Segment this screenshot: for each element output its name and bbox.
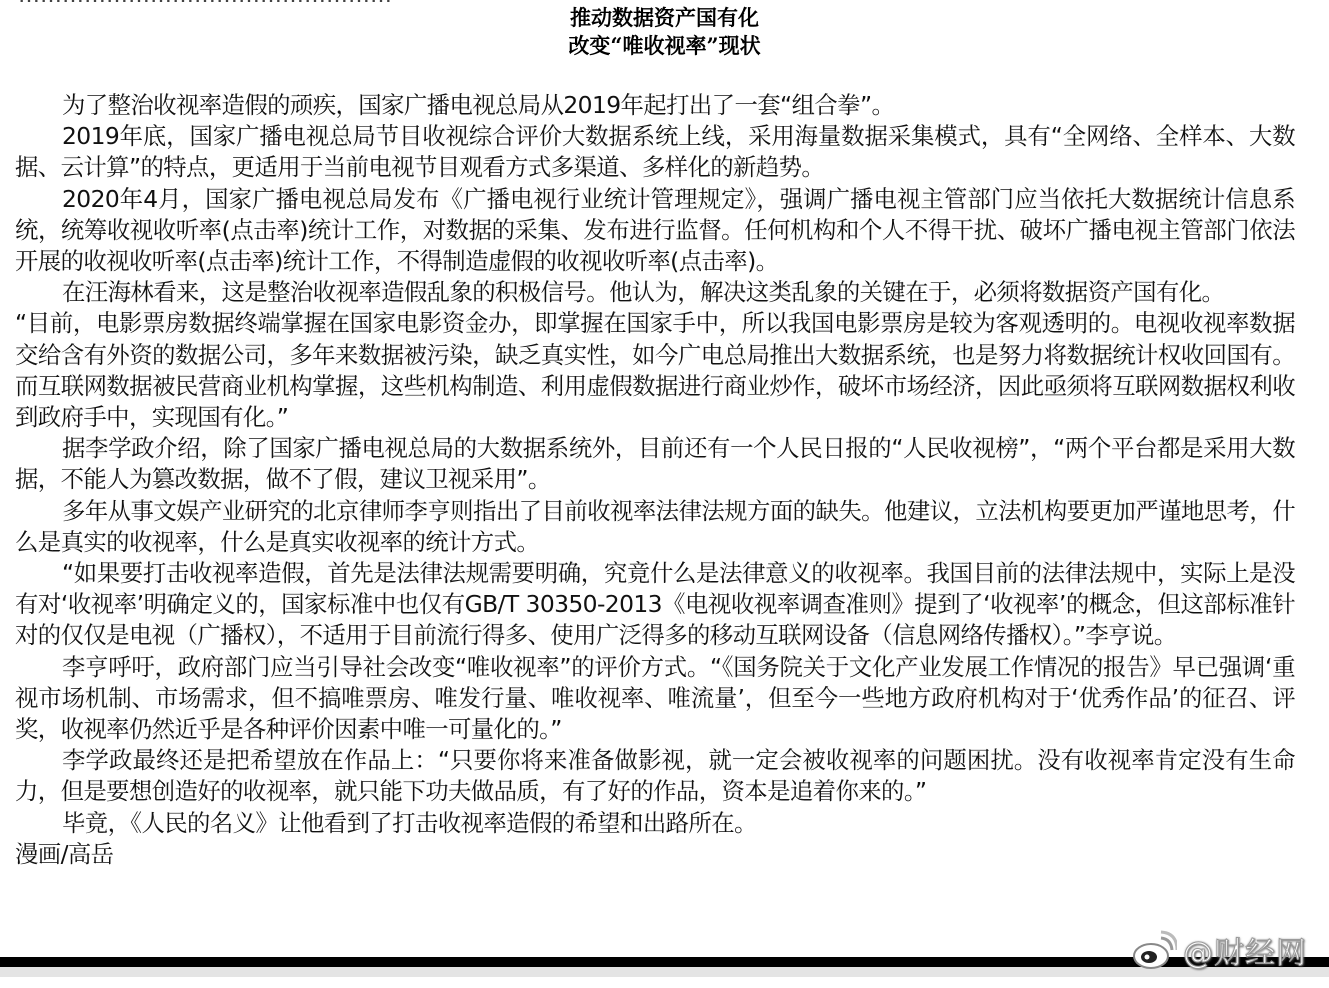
headline-line-1: 推动数据资产国有化 [0, 4, 1329, 32]
paragraph: 李学政最终还是把希望放在作品上：“只要你将来准备做影视，就一定会被收视率的问题困… [15, 745, 1295, 807]
paragraph: 为了整治收视率造假的顽疾，国家广播电视总局从2019年起打出了一套“组合拳”。 [15, 90, 1295, 121]
paragraph: 2019年底，国家广播电视总局节目收视综合评价大数据系统上线，采用海量数据采集模… [15, 121, 1295, 183]
weibo-watermark: @财经网 [1131, 930, 1307, 970]
paragraph: 多年从事文娱产业研究的北京律师李亨则指出了目前收视率法律法规方面的缺失。他建议，… [15, 496, 1295, 558]
paragraph: 2020年4月，国家广播电视总局发布《广播电视行业统计管理规定》，强调广播电视主… [15, 184, 1295, 278]
watermark-text: @财经网 [1183, 928, 1307, 972]
article-headline: 推动数据资产国有化 改变“唯收视率”现状 [0, 4, 1329, 60]
paragraph: 毕竟，《人民的名义》让他看到了打击收视率造假的希望和出路所在。 [15, 808, 1295, 839]
headline-line-2: 改变“唯收视率”现状 [0, 32, 1329, 60]
paragraph: “如果要打击收视率造假，首先是法律法规需要明确，究竟什么是法律意义的收视率。我国… [15, 558, 1295, 652]
bottom-divider-gray [0, 967, 1329, 977]
paragraph: 据李学政介绍，除了国家广播电视总局的大数据系统外，目前还有一个人民日报的“人民收… [15, 433, 1295, 495]
illustration-credit: 漫画/高岳 [15, 839, 1295, 870]
bottom-divider-black [0, 957, 1329, 967]
article-body: 为了整治收视率造假的顽疾，国家广播电视总局从2019年起打出了一套“组合拳”。 … [15, 90, 1295, 870]
paragraph: 在汪海林看来，这是整治收视率造假乱象的积极信号。他认为，解决这类乱象的关键在于，… [15, 277, 1295, 308]
weibo-icon [1131, 930, 1177, 970]
paragraph: 李亨呼吁，政府部门应当引导社会改变“唯收视率”的评价方式。“《国务院关于文化产业… [15, 652, 1295, 746]
paragraph-quote: “目前，电影票房数据终端掌握在国家电影资金办，即掌握在国家手中，所以我国电影票房… [15, 308, 1295, 433]
